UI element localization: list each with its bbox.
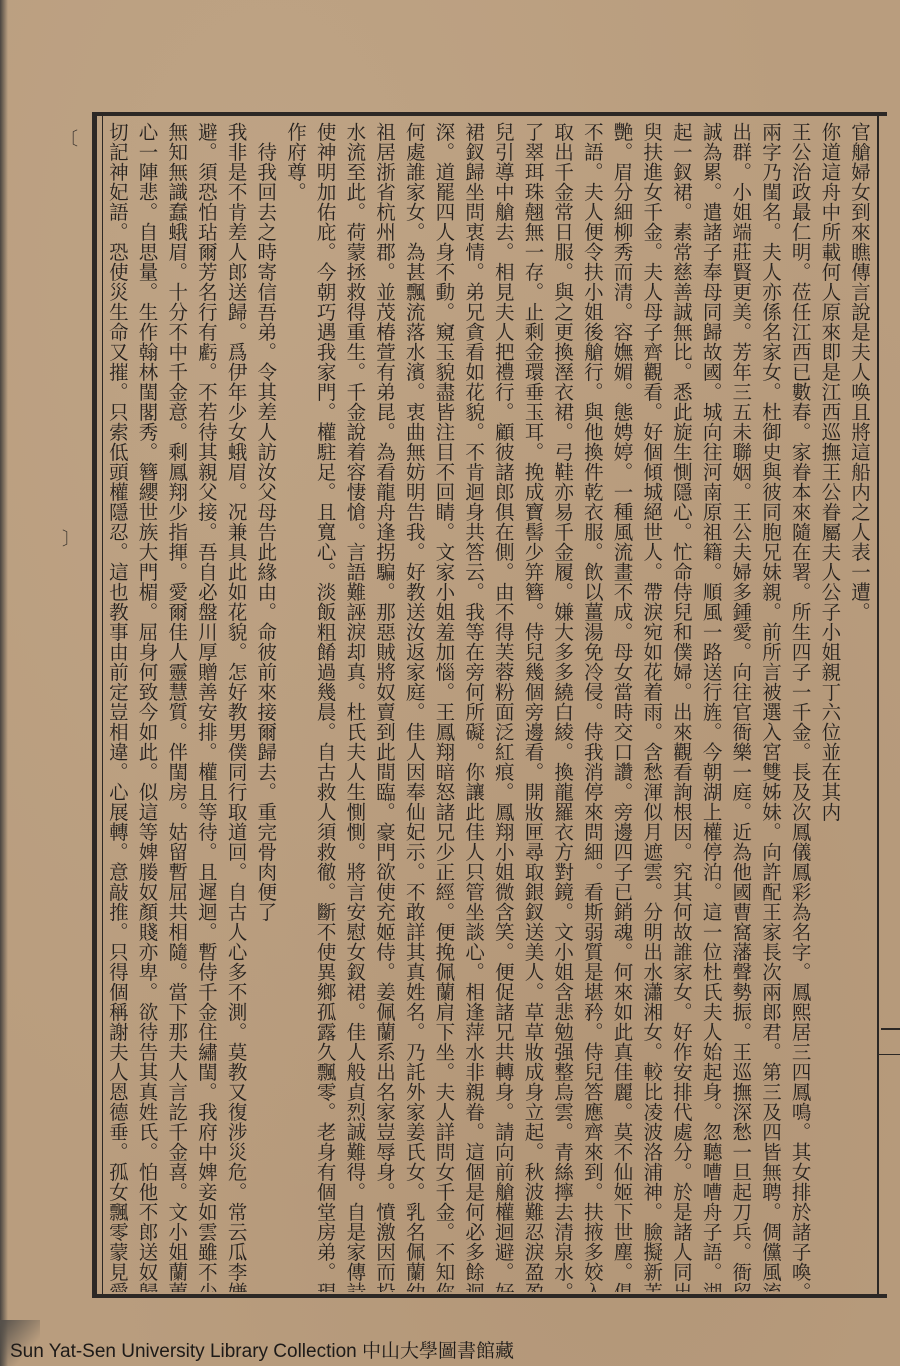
text-column: 你道這舟中所載何人原來即是江西巡撫王公眷屬夫人公子小姐親丁六位並在其内 xyxy=(815,122,845,1292)
text-columns: 官艙婦女到來瞧傳言說是夫人唤且將這船内之人表一遭。 你道這舟中所載何人原來即是江… xyxy=(102,122,874,1292)
collection-watermark: Sun Yat-Sen University Library Collectio… xyxy=(10,1336,514,1363)
text-column: 起一釵裙。素常慈善誠無比。悉此旋生惻隱心。忙命侍兒和僕婦。出來觀看詢根因。究其何… xyxy=(666,122,696,1292)
text-column: 兩字乃閨名。夫人亦係名家女。杜御史與彼同胞兄妹親。前所言被選入宮雙姊妹。向許配王… xyxy=(755,122,785,1292)
text-column: 誠為累。遣諸子奉母同歸故國。城向往河南原祖籍。順風一路送行旌。今朝湖上權停泊。這… xyxy=(696,122,726,1292)
text-column: 官艙婦女到來瞧傳言說是夫人唤且將這船内之人表一遭。 xyxy=(844,122,874,1292)
text-column: 切記神妃語。恐使災生命又摧。只索低頭權隱忍。這也教事由前定豈相違。心展轉。意敲推… xyxy=(102,122,132,1292)
right-frame-rule xyxy=(877,112,879,1298)
gutter-rule xyxy=(879,1054,900,1055)
text-column: 避。須恐怕玷爾芳名行有虧。不若待其親父接。吾自必盤川厚贈善安排。權且等待。且遲迴… xyxy=(191,122,221,1292)
text-column: 我非是不肯差人郎送歸。爲伊年少女蛾眉。况兼具此如花貌。怎好教男僕同行取道回。自古… xyxy=(221,122,251,1292)
text-column: 了翠珥珠翹無一存。止剩金環垂玉耳。挽成寶髻少笄簪。侍兒幾個旁邊看。開妝匣尋取銀釵… xyxy=(518,122,548,1292)
text-column: 水流至此。荷蒙拯救得重生。千金說着容悽愴。言語難誣淚却真。杜氏夫人生惻惻。將言安… xyxy=(340,122,370,1292)
text-column: 裙釵歸坐問衷情。弟兄貪看如花貌。不肯迴身共答云。我等在旁何所礙。你讓此佳人只管坐… xyxy=(458,122,488,1292)
text-column: 兒引導中艙去。相見夫人把禮行。顧彼諸郎俱在側。由不得芙蓉粉面泛紅痕。鳳翔小姐微含… xyxy=(488,122,518,1292)
text-column: 無知無識蠢蛾眉。十分不中千金意。剩鳳翔少指揮。愛爾佳人靈慧質。伴閨房。姑留暫屈共… xyxy=(162,122,192,1292)
text-column: 王公治政最仁明。莅任江西已數春。家眷本來隨在署。所生四子一千金。長及次鳳儀鳳彩為… xyxy=(785,122,815,1292)
text-column: 取出千金常日服。與之更換溼衣裙。弓鞋亦易千金履。嫌大多多繞白綾。換龍羅衣方對鏡。… xyxy=(547,122,577,1292)
text-column: 祖居浙省杭州郡。並茂椿萱有弟昆。為看龍舟逢拐騙。那惡賊將奴賣到此間臨。豪門欲使充… xyxy=(369,122,399,1292)
text-column: 使神明加佑庇。今朝巧遇我家門。權駐足。且寬心。淡飯粗餚過幾晨。自古救人須救徹。斷… xyxy=(310,122,340,1292)
text-column: 艷。眉分細柳秀而清。容嫵媚。態娉婷。一種風流畫不成。母女當時交口讚。旁邊四子已銷… xyxy=(607,122,637,1292)
text-column: 出群。小姐端莊賢更美。芳年三五未聯姻。王公夫婦多鍾愛。向往官衙樂一庭。近為他國曹… xyxy=(726,122,756,1292)
fish-tail-mark xyxy=(881,1028,900,1030)
margin-bracket-mid: 〕 xyxy=(62,525,80,551)
text-column: 待我回去之時寄信吾弟。令其差人訪汝父母告此緣由。命彼前來接爾歸去。重完骨肉便了 xyxy=(251,122,281,1292)
text-column: 心一陣悲。自思量。生作翰林閨閣秀。簪纓世族大門楣。屈身何致今如此。似這等婢媵奴顏… xyxy=(132,122,162,1292)
text-column: 何處誰家女。為甚飄流落水濱。衷曲無妨明告我。好教送汝返家庭。佳人因奉仙妃示。不敢… xyxy=(399,122,429,1292)
margin-bracket-top: 〔 xyxy=(60,125,78,151)
text-column: 不語。夫人便令扶小姐後艙行。與他換件乾衣服。飲以薑湯免冷侵。侍我消停來問細。看斯… xyxy=(577,122,607,1292)
text-column: 作府尊。 xyxy=(280,122,310,1292)
text-column: 深。道罷四人身不動。窺玉貌盡皆注目不回睛。文家小姐羞加惱。王鳳翔暗怒諸兄少正經。… xyxy=(429,122,459,1292)
text-column: 臾扶進女千金。夫人母子齊觀看。好個傾城絕世人。帶淚宛如花着雨。含愁渾似月遮雲。分… xyxy=(637,122,667,1292)
scanned-page: 〔 〕 官艙婦女到來瞧傳言說是夫人唤且將這船内之人表一遭。 你道這舟中所載何人原… xyxy=(0,0,900,1366)
page-edge-shadow xyxy=(0,0,8,1366)
